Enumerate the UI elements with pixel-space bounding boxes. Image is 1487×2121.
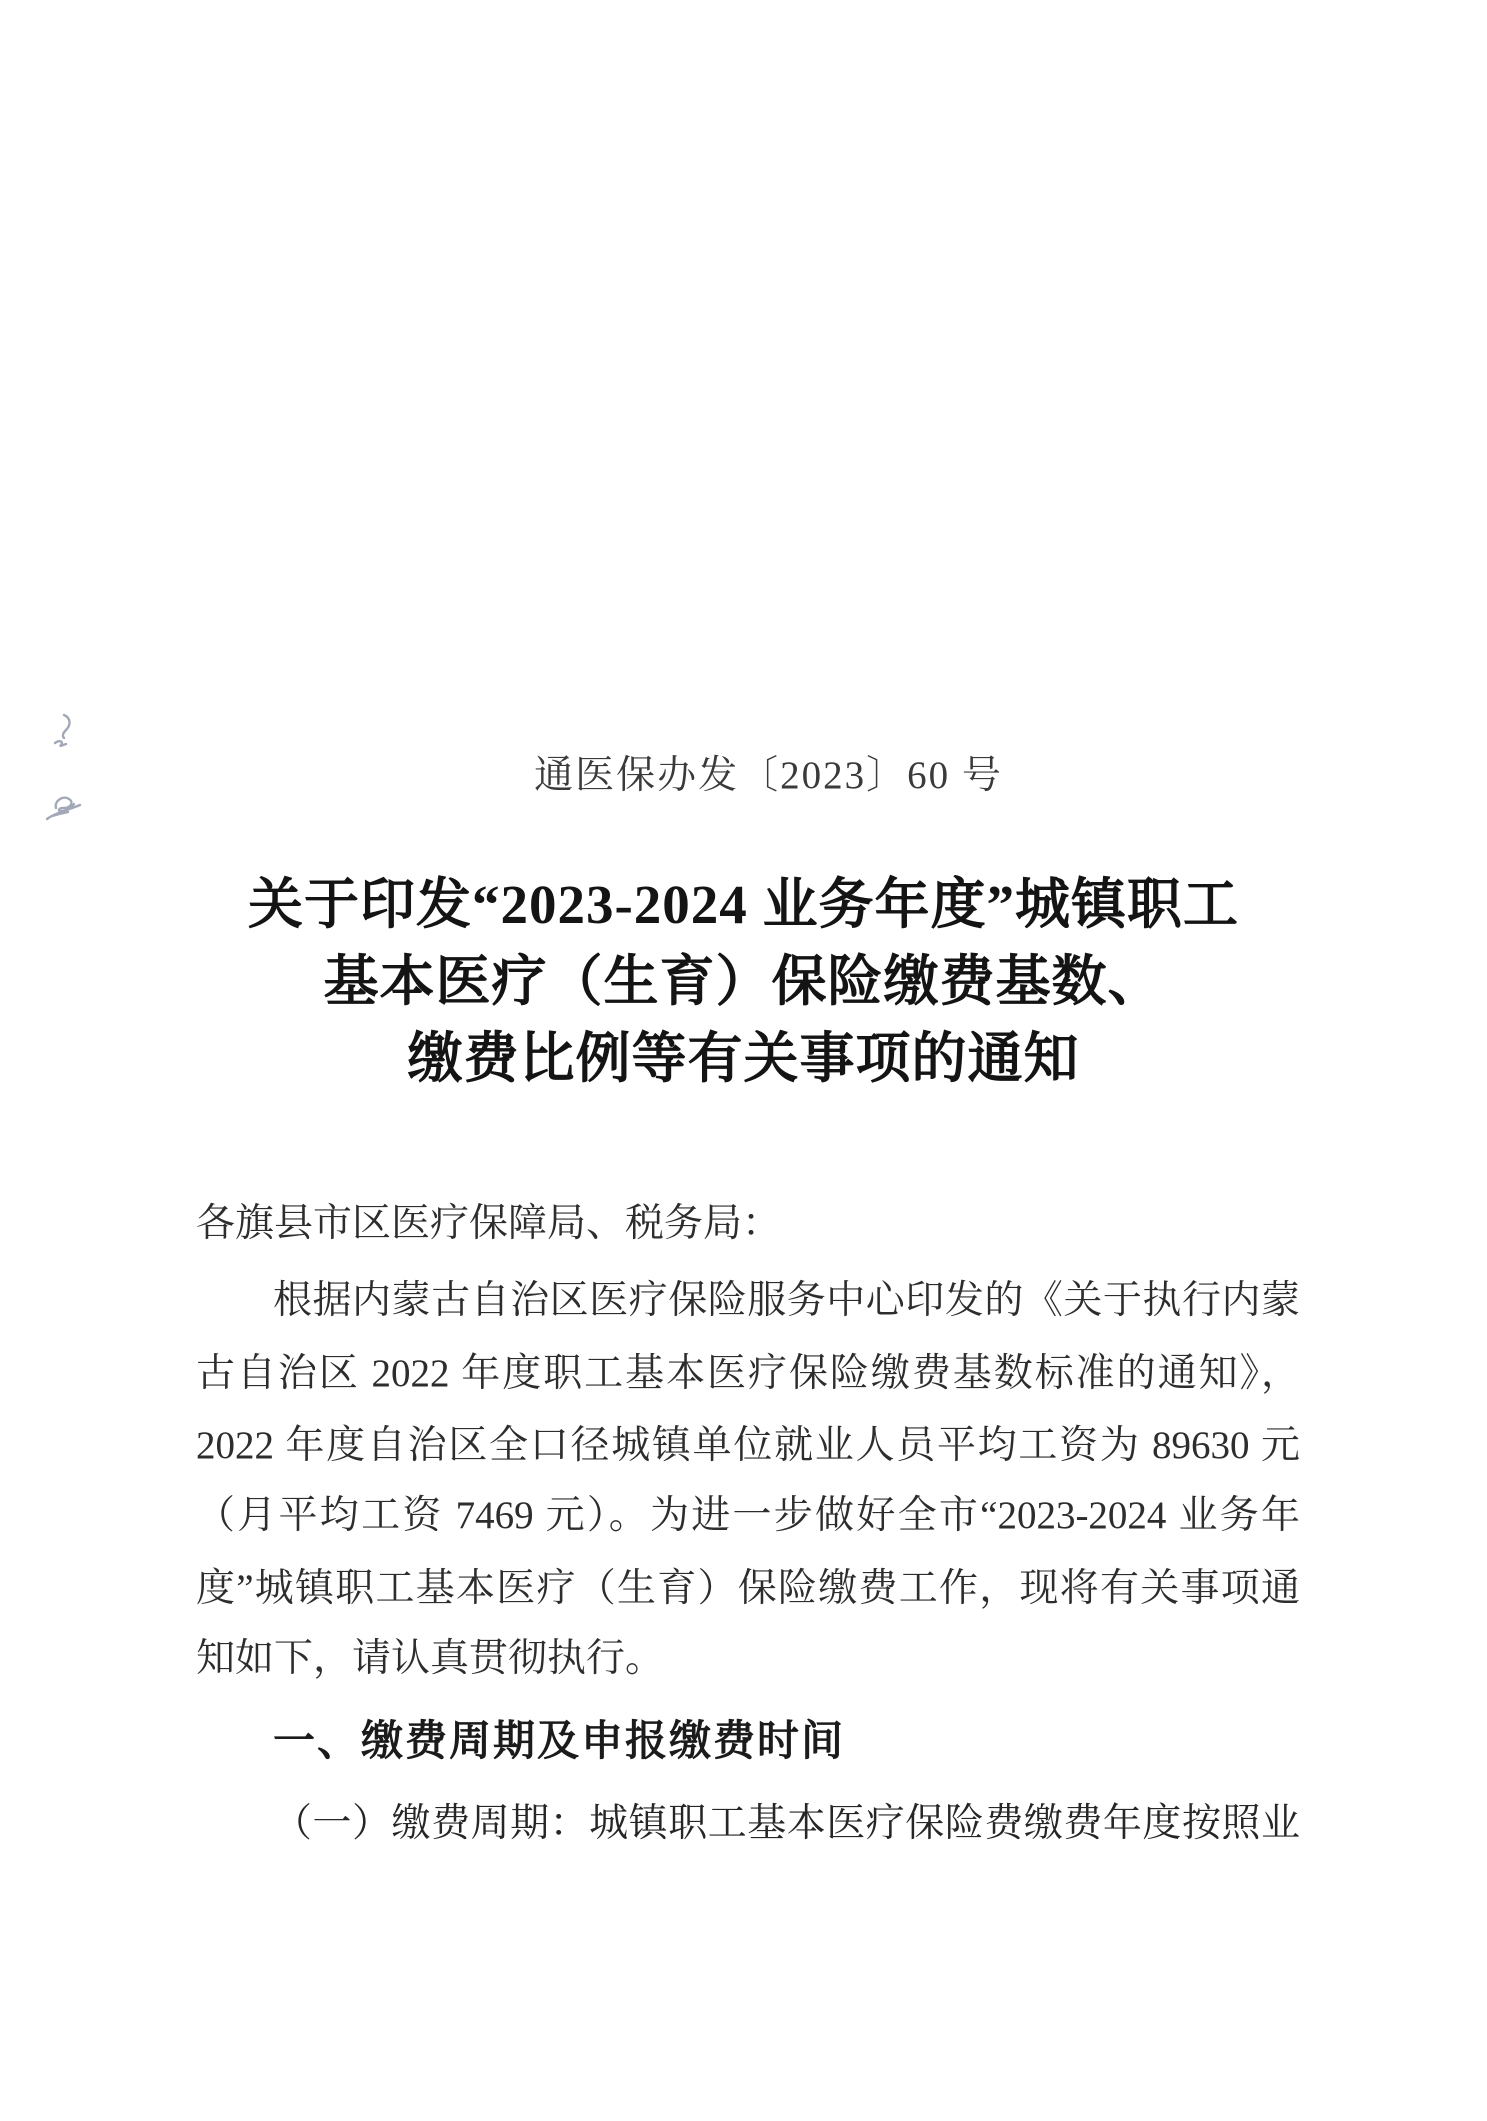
paragraph-line: 知如下，请认真贯彻执行。 (196, 1634, 1300, 1684)
paragraph-line: 古自治区 2022 年度职工基本医疗保险缴费基数标准的通知》， (196, 1349, 1300, 1399)
doc-number: 通医保办发〔2023〕60 号 (50, 752, 1487, 800)
paragraph-line: 度”城镇职工基本医疗（生育）保险缴费工作，现将有关事项通 (196, 1564, 1300, 1614)
title-line-1: 关于印发“2023-2024 业务年度”城镇职工 (0, 866, 1487, 943)
paragraph-line: 根据内蒙古自治区医疗保险服务中心印发的《关于执行内蒙 (273, 1276, 1300, 1326)
salutation: 各旗县市区医疗保障局、税务局： (196, 1199, 1300, 1249)
document-title: 关于印发“2023-2024 业务年度”城镇职工 基本医疗（生育）保险缴费基数、… (0, 866, 1487, 1097)
paragraph-line: （月平均工资 7469 元）。为进一步做好全市“2023-2024 业务年 (196, 1491, 1300, 1541)
subsection-line: （一）缴费周期：城镇职工基本医疗保险费缴费年度按照业 (273, 1799, 1300, 1849)
title-line-2: 基本医疗（生育）保险缴费基数、 (0, 943, 1487, 1020)
title-line-3: 缴费比例等有关事项的通知 (0, 1020, 1487, 1097)
section-heading: 一、缴费周期及申报缴费时间 (273, 1714, 1303, 1768)
paragraph-line: 2022 年度自治区全口径城镇单位就业人员平均工资为 89630 元 (196, 1421, 1300, 1471)
ink-squiggle-icon (50, 712, 78, 750)
scanned-document-page: 通医保办发〔2023〕60 号 关于印发“2023-2024 业务年度”城镇职工… (0, 0, 1487, 2121)
